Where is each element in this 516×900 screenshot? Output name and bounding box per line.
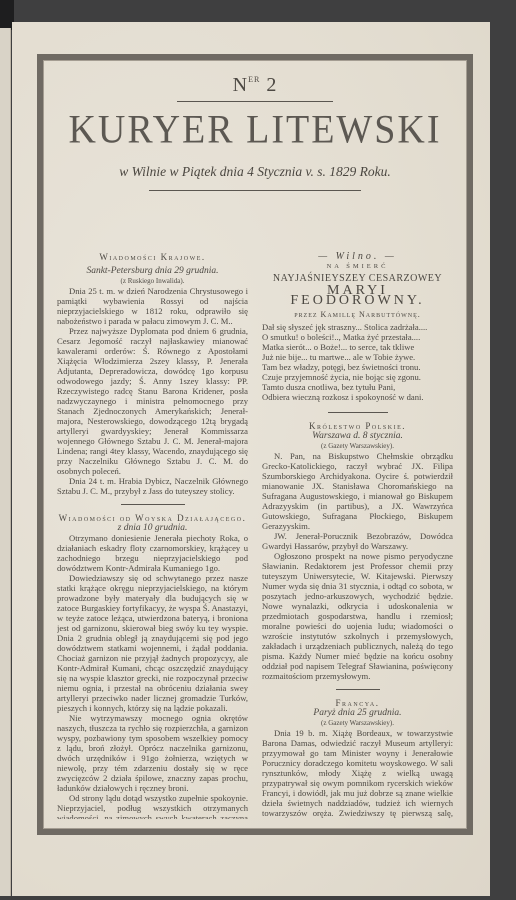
poem-dateline: — Wilno. —	[262, 252, 453, 262]
paragraph: N. Pan, na Biskupstwo Chełmskie obrządku…	[262, 451, 453, 531]
dateline: Sankt-Petersburg dnia 29 grudnia.	[57, 266, 248, 276]
poem-title-line: NA ŚMIERĆ	[262, 262, 453, 272]
poem-author: przez Kamillę Narbuttównę.	[262, 310, 453, 320]
divider	[177, 101, 333, 102]
divider	[336, 689, 380, 690]
poem-line: Matka sierót... o Boże!... to serce, tak…	[262, 342, 453, 352]
poem-line: Odbiera wieczną rozkosz i spokoyność w d…	[262, 392, 453, 402]
poem-line: O smutku! o boleści!.., Matka żyć przest…	[262, 332, 453, 342]
article-columns: Wiadomości Krajowe. Sankt-Petersburg dni…	[57, 252, 453, 819]
paragraph: Nie wytrzymawszy mocnego ognia okrętów n…	[57, 713, 248, 793]
paragraph: Dowiedziawszy się od schwytanego przez n…	[57, 573, 248, 713]
paragraph: Od strony lądu dotąd wszystko zupełnie s…	[57, 793, 248, 819]
dateline: Paryż dnia 25 grudnia.	[262, 708, 453, 718]
paragraph: Ogłoszono prospekt na nowe pismo peryody…	[262, 551, 453, 681]
divider	[328, 412, 388, 413]
poem-line: Już nie bije... tu martwe... ale w Tobie…	[262, 352, 453, 362]
poem-line: Tamto dusza cnotliwa, bez tytułu Pani,	[262, 382, 453, 392]
right-column: — Wilno. — NA ŚMIERĆ NAYJAŚNIEYSZEY CESA…	[262, 252, 453, 819]
section-heading: Wiadomości Krajowe.	[57, 252, 248, 262]
issue-number: NER 2	[43, 74, 467, 97]
paragraph: Dnia 25 t. m. w dzień Narodzenia Chrystu…	[57, 286, 248, 326]
section-heading: Królestwo Polskie.	[262, 421, 453, 431]
poem-line: Tam bez władzy, potęgi, bez świetności t…	[262, 362, 453, 372]
paragraph: JW. Jenerał-Porucznik Bezobrazów, Dowódc…	[262, 531, 453, 551]
source-note: (z Ruskiego Inwalida).	[57, 276, 248, 286]
divider	[149, 190, 361, 191]
dateline: Warszawa d. 8 stycznia.	[262, 431, 453, 441]
adjacent-page-edge	[0, 28, 11, 896]
left-column: Wiadomości Krajowe. Sankt-Petersburg dni…	[57, 252, 248, 819]
divider	[121, 504, 185, 505]
paragraph: Przez najwyższe Dyplomata pod dniem 6 gr…	[57, 326, 248, 476]
page-border-frame: NER 2 KURYER LITEWSKI w Wilnie w Piątek …	[37, 54, 473, 835]
poem-line: Czuje przyjemność życia, nie bojąc się z…	[262, 372, 453, 382]
source-note: (z Gazety Warszawskiey).	[262, 718, 453, 728]
paragraph: Dnia 19 b. m. Xiążę Bordeaux, w towarzys…	[262, 728, 453, 819]
date-line: w Wilnie w Piątek dnia 4 Stycznia v. s. …	[43, 164, 467, 180]
paragraph: Dnia 24 t. m. Hrabia Dybicz, Naczelnik G…	[57, 476, 248, 496]
newspaper-page: NER 2 KURYER LITEWSKI w Wilnie w Piątek …	[12, 22, 490, 896]
newspaper-title: KURYER LITEWSKI	[43, 107, 467, 153]
poem-line: Dał się słyszeć jęk straszny... Stolica …	[262, 322, 453, 332]
source-note: (z Gazety Warszawskiey).	[262, 441, 453, 451]
poem-title-line: MARYI FEODOROWNY.	[262, 286, 453, 306]
paragraph: Otrzymano doniesienie Jenerała piechoty …	[57, 533, 248, 573]
dateline: z dnia 10 grudnia.	[57, 523, 248, 533]
section-heading: Wiadomości od Woyska Działającego.	[57, 513, 248, 523]
masthead: NER 2 KURYER LITEWSKI w Wilnie w Piątek …	[43, 74, 467, 195]
section-heading: Francya.	[262, 698, 453, 708]
